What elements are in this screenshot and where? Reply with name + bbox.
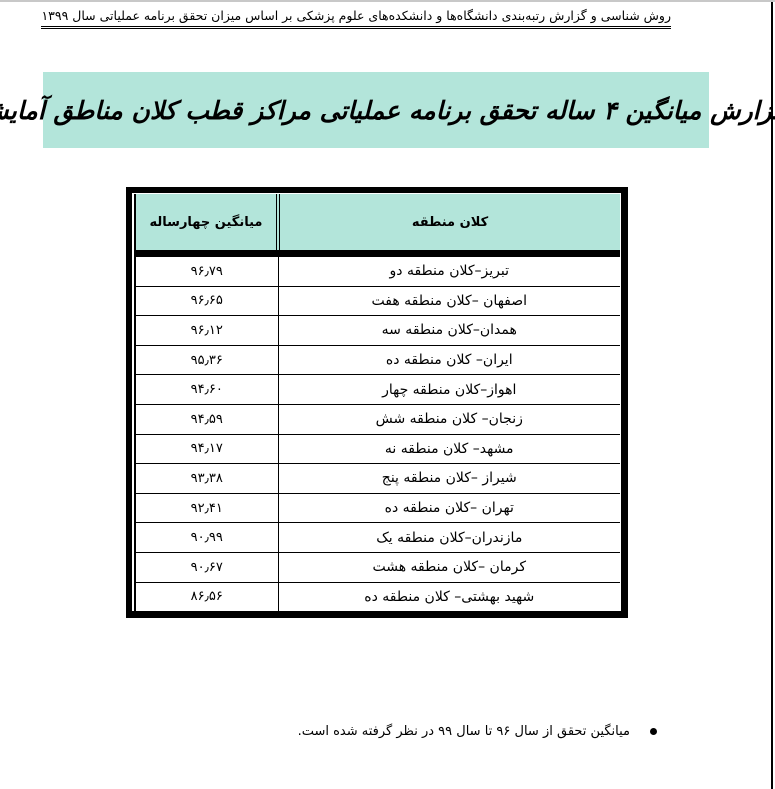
average-cell: ۹۶٫۶۵ [136,286,278,316]
region-cell: اصفهان –کلان منطقه هفت [278,286,620,316]
average-cell: ۹۳٫۳۸ [136,464,278,494]
region-cell: شیراز –کلان منطقه پنج [278,464,620,494]
footnote-text: میانگین تحقق از سال ۹۶ تا سال ۹۹ در نظر … [298,724,630,739]
average-cell: ۹۰٫۹۹ [136,523,278,553]
average-cell: ۹۴٫۵۹ [136,404,278,434]
table-row: ۹۵٫۳۶ ایران– کلان منطقه ده [136,345,620,375]
report-table-inner: میانگین چهارساله کلان منطقه ۹۶٫۷۹ تبریز–… [134,194,620,611]
table-row: ۹۴٫۶۰ اهواز–کلان منطقه چهار [136,375,620,405]
report-table: میانگین چهارساله کلان منطقه ۹۶٫۷۹ تبریز–… [136,194,620,611]
header-average: میانگین چهارساله [136,194,278,254]
region-cell: تهران –کلان منطقه ده [278,493,620,523]
region-cell: مشهد– کلان منطقه نه [278,434,620,464]
running-header: روش شناسی و گزارش رتبه‌بندی دانشگاه‌ها و… [41,8,671,29]
average-cell: ۹۵٫۳۶ [136,345,278,375]
region-cell: شهید بهشتی– کلان منطقه ده [278,582,620,611]
average-cell: ۹۶٫۱۲ [136,316,278,346]
table-row: ۹۴٫۵۹ زنجان– کلان منطقه شش [136,404,620,434]
average-cell: ۹۲٫۴۱ [136,493,278,523]
region-cell: تبریز–کلان منطقه دو [278,254,620,287]
table-row: ۸۶٫۵۶ شهید بهشتی– کلان منطقه ده [136,582,620,611]
report-table-frame: میانگین چهارساله کلان منطقه ۹۶٫۷۹ تبریز–… [126,187,628,618]
average-cell: ۹۰٫۶۷ [136,552,278,582]
average-cell: ۹۶٫۷۹ [136,254,278,287]
page-top-edge [0,0,775,2]
bullet-icon [650,728,657,735]
footnote: میانگین تحقق از سال ۹۶ تا سال ۹۹ در نظر … [298,724,657,739]
header-region: کلان منطقه [278,194,620,254]
table-row: ۹۶٫۷۹ تبریز–کلان منطقه دو [136,254,620,287]
table-row: ۹۲٫۴۱ تهران –کلان منطقه ده [136,493,620,523]
region-cell: کرمان –کلان منطقه هشت [278,552,620,582]
report-title: گزارش میانگین ۴ ساله تحقق برنامه عملیاتی… [0,96,775,125]
region-cell: ایران– کلان منطقه ده [278,345,620,375]
average-cell: ۹۴٫۶۰ [136,375,278,405]
region-cell: مازندران–کلان منطقه یک [278,523,620,553]
region-cell: همدان–کلان منطقه سه [278,316,620,346]
average-cell: ۹۴٫۱۷ [136,434,278,464]
table-row: ۹۳٫۳۸ شیراز –کلان منطقه پنج [136,464,620,494]
table-row: ۹۴٫۱۷ مشهد– کلان منطقه نه [136,434,620,464]
table-header-row: میانگین چهارساله کلان منطقه [136,194,620,254]
table-row: ۹۶٫۱۲ همدان–کلان منطقه سه [136,316,620,346]
title-banner: گزارش میانگین ۴ ساله تحقق برنامه عملیاتی… [43,72,709,148]
average-cell: ۸۶٫۵۶ [136,582,278,611]
region-cell: زنجان– کلان منطقه شش [278,404,620,434]
region-cell: اهواز–کلان منطقه چهار [278,375,620,405]
table-row: ۹۶٫۶۵ اصفهان –کلان منطقه هفت [136,286,620,316]
table-row: ۹۰٫۹۹ مازندران–کلان منطقه یک [136,523,620,553]
table-row: ۹۰٫۶۷ کرمان –کلان منطقه هشت [136,552,620,582]
